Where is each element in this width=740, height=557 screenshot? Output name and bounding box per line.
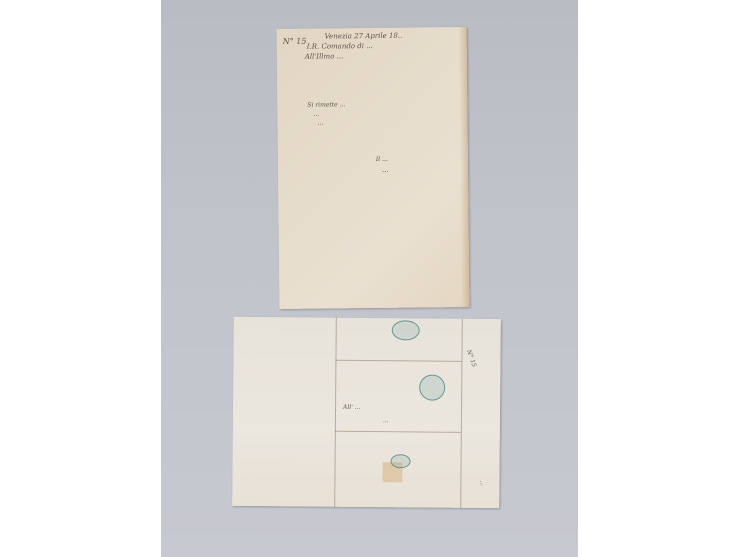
heading-line-3: All'Illmo ... bbox=[305, 52, 344, 60]
body-line-1: Si rimette ... bbox=[307, 101, 345, 108]
postmark-stamp-icon bbox=[419, 374, 445, 400]
fold-line bbox=[335, 360, 461, 362]
signature-line-2: ... bbox=[382, 166, 389, 174]
body-line-2: ... bbox=[313, 111, 319, 118]
fold-line bbox=[335, 431, 461, 433]
side-note-1: N° 15 bbox=[465, 349, 478, 368]
postmark-stamp-icon bbox=[391, 454, 411, 468]
fold-line bbox=[460, 319, 463, 508]
top-letter-document: N° 15 Venezia 27 Aprile 18.. I.R. Comand… bbox=[277, 27, 470, 309]
heading-line-2: I.R. Comando di ... bbox=[307, 42, 373, 51]
address-line-1: All' ... bbox=[343, 404, 361, 411]
signature-line-1: Il ... bbox=[376, 156, 388, 163]
address-line-2: ... bbox=[383, 417, 389, 424]
heading-line-1: Venezia 27 Aprile 18.. bbox=[325, 32, 403, 41]
bottom-folded-letter: All' ... ... N° 15 ... bbox=[232, 317, 501, 508]
side-note-2: ... bbox=[478, 479, 487, 487]
body-line-3: ... bbox=[317, 120, 323, 127]
fold-line bbox=[334, 318, 337, 507]
corner-note: N° 15 bbox=[283, 37, 307, 46]
postmark-stamp-icon bbox=[392, 320, 420, 340]
